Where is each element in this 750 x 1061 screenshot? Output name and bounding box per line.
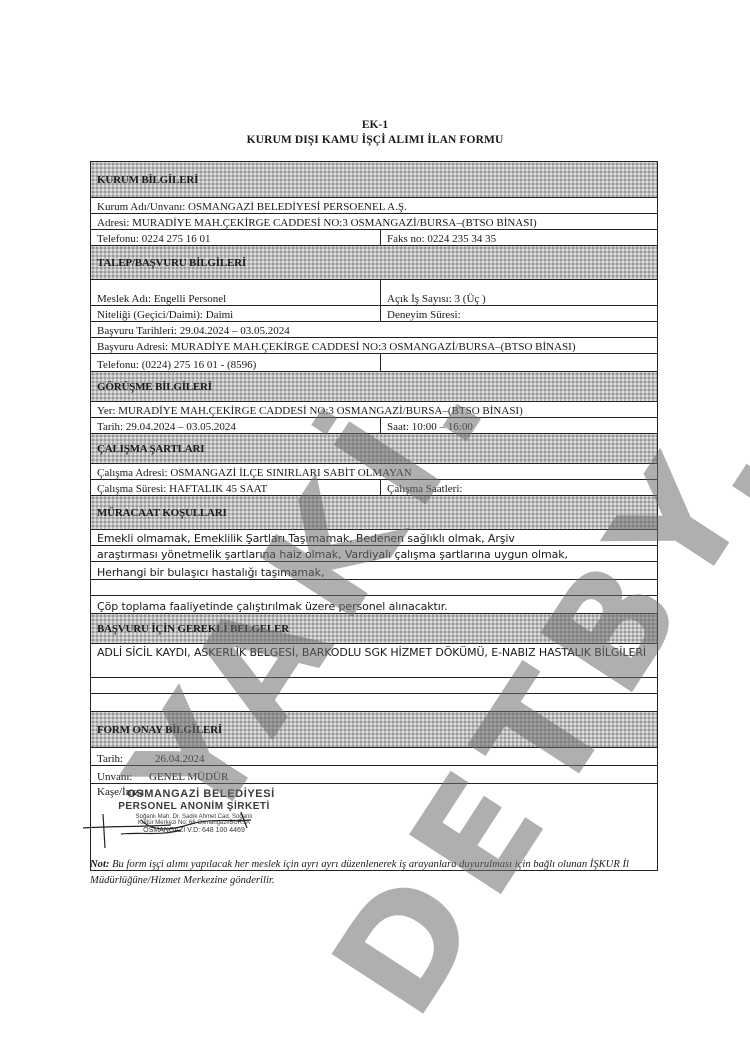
blank-row (91, 694, 657, 711)
section-onay-header: FORM ONAY BİLGİLERİ (91, 712, 657, 748)
announcement-form: KURUM BİLGİLERİ Kurum Adı/Unvanı: OSMANG… (90, 161, 658, 871)
section-muracaat-header: MÜRACAAT KOŞULLARI (91, 496, 657, 530)
work-hours: Çalışma Saatleri: (381, 480, 657, 495)
interview-date: Tarih: 29.04.2024 – 03.05.2024 (91, 418, 381, 433)
condition-line: Herhangi bir bulaşıcı hastalığı taşımama… (91, 562, 657, 579)
stamp-line: OSMANGAZİ BELEDİYESİ (109, 788, 279, 800)
application-address: Başvuru Adresi: MURADİYE MAH.ÇEKİRGE CAD… (91, 338, 657, 353)
condition-line: Çöp toplama faaliyetinde çalıştırılmak ü… (91, 596, 657, 613)
kurum-name: Kurum Adı/Unvanı: OSMANGAZİ BELEDİYESİ P… (91, 198, 657, 213)
interview-time: Saat: 10:00 – 16:00 (381, 418, 657, 433)
application-phone-extra (381, 354, 657, 371)
condition-line: araştırması yönetmelik şartlarına haiz o… (91, 546, 657, 561)
approval-date-value: 26.04.2024 (155, 753, 205, 765)
annex-label: EK-1 (0, 118, 750, 132)
signature-icon (81, 810, 281, 850)
open-positions: Açık İş Sayısı: 3 (Üç ) (381, 280, 657, 305)
work-duration: Çalışma Süresi: HAFTALIK 45 SAAT (91, 480, 381, 495)
condition-line: Emekli olmamak, Emeklilik Şartları Taşım… (91, 530, 657, 545)
work-address: Çalışma Adresi: OSMANGAZİ İLÇE SINIRLARI… (91, 464, 657, 479)
note-text: Bu form işçi alımı yapılacak her meslek … (90, 859, 629, 886)
note-label: Not: (90, 859, 109, 870)
occupation-name: Meslek Adı: Engelli Personel (91, 280, 381, 305)
approval-title-value: GENEL MÜDÜR (149, 771, 228, 783)
trial-period: Deneyim Süresi: (381, 306, 657, 321)
section-talep-header: TALEP/BAŞVURU BİLGİLERİ (91, 246, 657, 280)
footnote: Not: Bu form işçi alımı yapılacak her me… (90, 857, 660, 889)
approval-date-label: Tarih: (97, 753, 155, 765)
section-kurum-header: KURUM BİLGİLERİ (91, 162, 657, 198)
required-documents: ADLİ SİCİL KAYDI, ASKERLİK BELGESİ, BARK… (91, 644, 657, 677)
position-nature: Niteliği (Geçici/Daimi): Daimi (91, 306, 381, 321)
section-belgeler-header: BAŞVURU İÇİN GEREKLİ BELGELER (91, 614, 657, 644)
kurum-fax: Faks no: 0224 235 34 35 (381, 230, 657, 245)
blank-row (91, 678, 657, 693)
approval-title-label: Unvanı: (97, 771, 149, 783)
section-calisma-header: ÇALIŞMA ŞARTLARI (91, 434, 657, 464)
kurum-address: Adresi: MURADİYE MAH.ÇEKİRGE CADDESİ NO:… (91, 214, 657, 229)
form-header: EK-1 KURUM DIŞI KAMU İŞÇİ ALIMI İLAN FOR… (0, 118, 750, 148)
application-phone: Telefonu: (0224) 275 16 01 - (8596) (91, 354, 381, 371)
application-dates: Başvuru Tarihleri: 29.04.2024 – 03.05.20… (91, 322, 657, 337)
approval-date-row: Tarih: 26.04.2024 (91, 748, 657, 765)
condition-line (91, 580, 657, 595)
form-title: KURUM DIŞI KAMU İŞÇİ ALIMI İLAN FORMU (0, 132, 750, 148)
interview-place: Yer: MURADİYE MAH.ÇEKİRGE CADDESİ NO:3 O… (91, 402, 657, 417)
kurum-phone: Telefonu: 0224 275 16 01 (91, 230, 381, 245)
approval-title-row: Unvanı: GENEL MÜDÜR (91, 766, 657, 783)
section-gorusme-header: GÖRÜŞME BİLGİLERİ (91, 372, 657, 402)
